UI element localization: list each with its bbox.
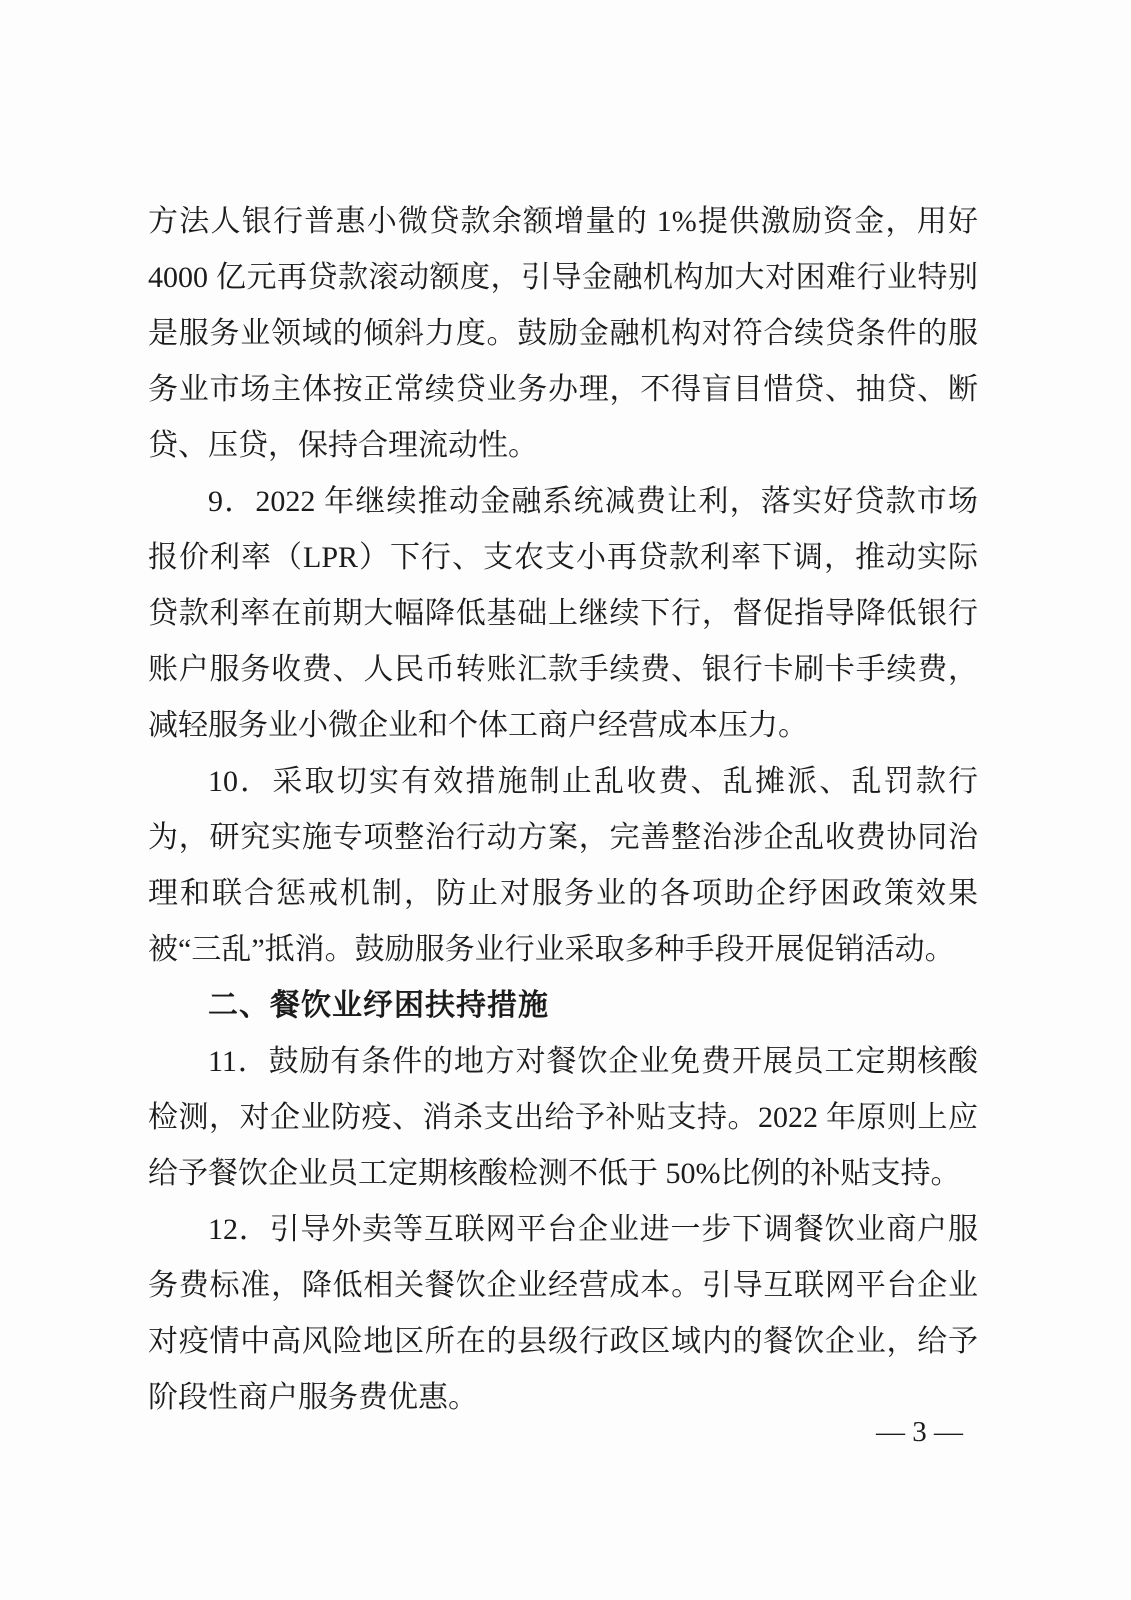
paragraph: 10．采取切实有效措施制止乱收费、乱摊派、乱罚款行为，研究实施专项整治行动方案，… (148, 754, 978, 978)
paragraph: 11．鼓励有条件的地方对餐饮企业免费开展员工定期核酸检测，对企业防疫、消杀支出给… (148, 1034, 978, 1202)
paragraph: 12．引导外卖等互联网平台企业进一步下调餐饮业商户服务费标准，降低相关餐饮企业经… (148, 1202, 978, 1426)
page-number: — 3 — (876, 1416, 963, 1448)
document-body: 方法人银行普惠小微贷款余额增量的 1%提供激励资金，用好 4000 亿元再贷款滚… (148, 194, 978, 1426)
section-heading: 二、餐饮业纾困扶持措施 (148, 978, 978, 1034)
paragraph: 9．2022 年继续推动金融系统减费让利，落实好贷款市场报价利率（LPR）下行、… (148, 474, 978, 754)
paragraph: 方法人银行普惠小微贷款余额增量的 1%提供激励资金，用好 4000 亿元再贷款滚… (148, 194, 978, 474)
document-page: 方法人银行普惠小微贷款余额增量的 1%提供激励资金，用好 4000 亿元再贷款滚… (0, 0, 1131, 1600)
page-footer: — 3 — (876, 1412, 963, 1452)
